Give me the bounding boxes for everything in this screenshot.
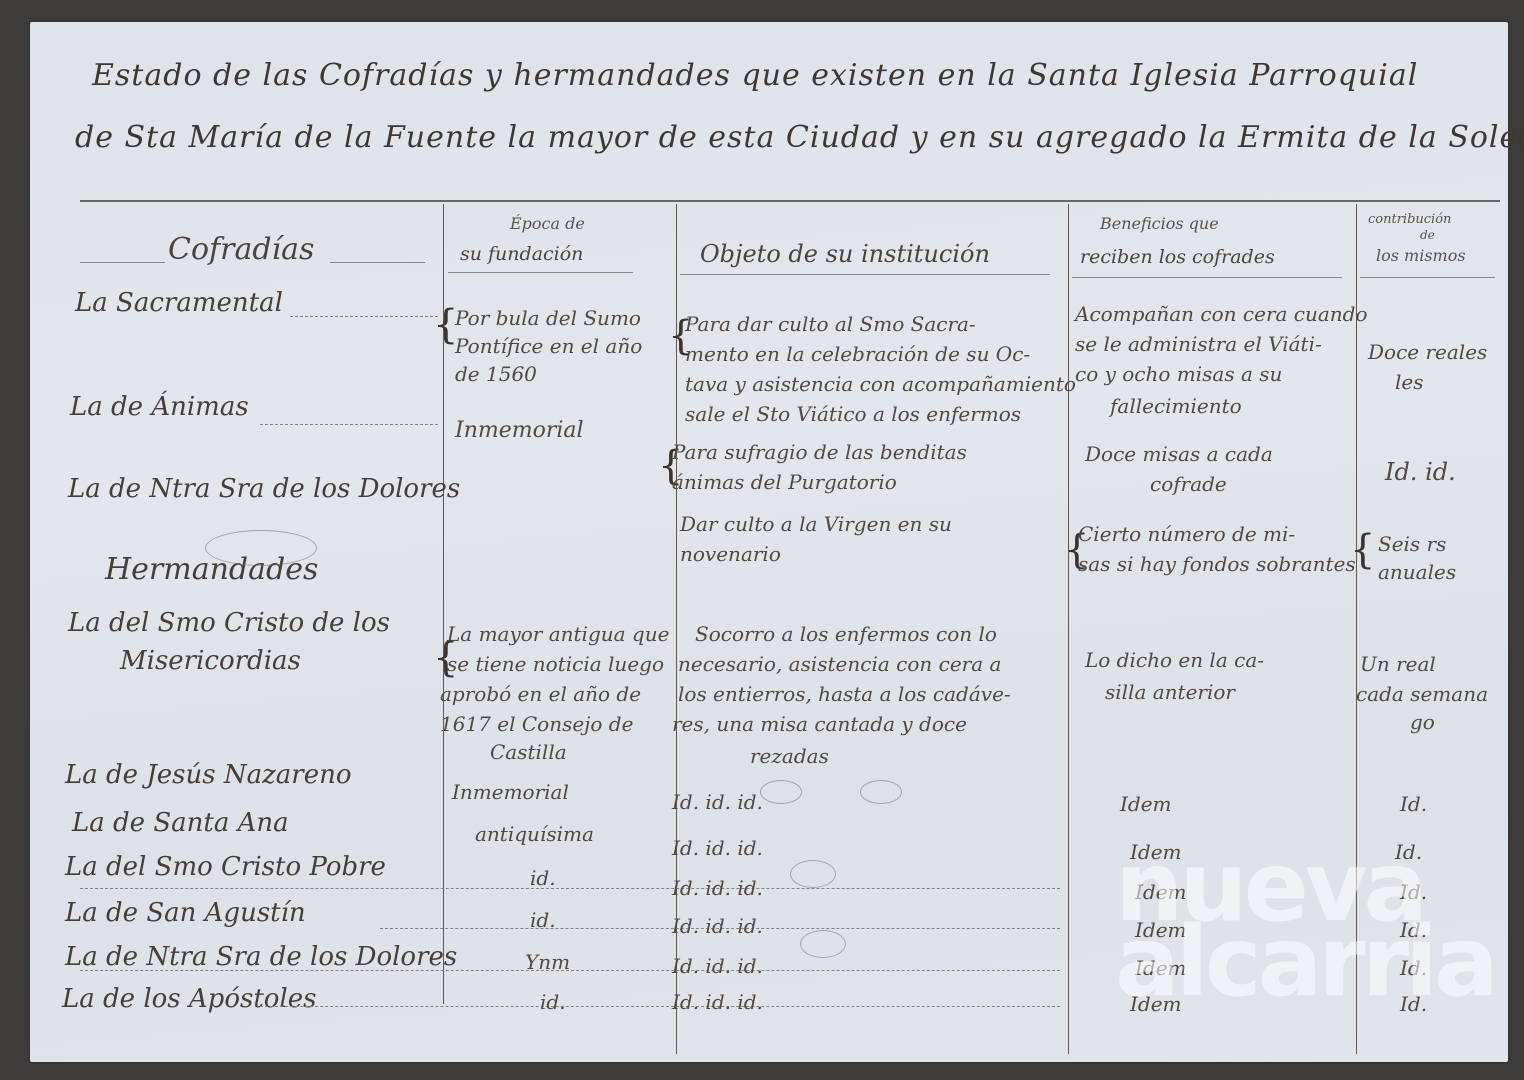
column-header-epoca-line-2: su fundación [460,243,583,265]
benefits-line: sas si hay fondos sobrantes [1078,552,1356,576]
object-value: Id. id. id. [672,836,763,860]
benefits-line: Lo dicho en la ca- [1085,648,1264,672]
cofradia-name: La Sacramental [75,288,283,318]
column-header-beneficios-line-1: Beneficios que [1100,214,1219,233]
column-header-contribucion-line-3: los mismos [1376,246,1466,265]
benefits-line: co y ocho misas a su [1075,362,1282,386]
header-rule-beneficios [1072,277,1342,278]
contribution-line: Id. id. [1385,458,1456,486]
object-line: Dar culto a la Virgen en su [680,512,952,536]
object-line: mento en la celebración de su Oc- [685,342,1030,366]
contribution-line: cada semana [1356,682,1488,706]
leader-dash [260,424,438,426]
object-line: Para sufragio de las benditas [672,440,967,464]
header-underline-right [330,262,425,263]
foundation-value: id. [540,990,566,1014]
foundation-value: id. [530,866,556,890]
object-value: Id. id. id. [672,876,763,900]
column-header-epoca-line-1: Época de [510,214,585,233]
contribution-line: Un real [1360,652,1436,676]
header-rule-epoca [448,272,633,273]
benefits-line: Doce misas a cada [1085,442,1273,466]
contribution-line: anuales [1378,560,1456,584]
object-line: los entierros, hasta a los cadáve- [678,682,1011,706]
watermark-line-2: alcarria [1115,925,1495,1000]
object-line: tava y asistencia con acompañamiento [685,372,1076,396]
benefits-value: Idem [1120,792,1172,816]
document-title-line-2: de Sta María de la Fuente la mayor de es… [75,120,1524,155]
leader-dash [290,316,438,318]
foundation-line: Pontífice en el año [455,334,642,358]
header-rule-objeto [680,274,1050,275]
column-divider-3 [1068,204,1069,1054]
contribution-line: Seis rs [1378,532,1446,556]
flourish-decoration [790,860,836,888]
column-header-contribucion-line-2: de [1420,228,1435,242]
hermandad-name: La de San Agustín [65,898,306,928]
hermandad-name: La de Jesús Nazareno [65,760,352,790]
object-value: Id. id. id. [672,954,763,978]
benefits-line: se le administra el Viáti- [1075,332,1322,356]
object-line: sale el Sto Viático a los enfermos [685,402,1021,426]
object-line: necesario, asistencia con cera a [678,652,1001,676]
foundation-line: de 1560 [455,362,537,386]
foundation-line: Inmemorial [455,418,584,443]
object-line: Para dar culto al Smo Sacra- [685,312,976,336]
cofradia-name: La de Ánimas [70,392,249,422]
object-value: Id. id. id. [672,914,763,938]
foundation-line: 1617 el Consejo de [440,712,633,736]
foundation-value: Ynm [525,950,570,974]
benefits-line: cofrade [1150,472,1227,496]
leader-dash [260,1006,1060,1008]
contribution-line: les [1395,370,1424,394]
brace-mark: { [1350,530,1375,570]
flourish-decoration [205,530,317,566]
document-title-line-1: Estado de las Cofradías y hermandades qu… [92,58,1418,93]
object-line: novenario [680,542,781,566]
hermandad-name-line-1: La del Smo Cristo de los [68,608,390,638]
contribution-value: Id. [1400,792,1427,816]
contribution-line: Doce reales [1368,340,1487,364]
hermandad-name-line-2: Misericordias [120,646,301,676]
leader-dash [80,888,1060,890]
benefits-line: Acompañan con cera cuando [1075,302,1368,326]
benefits-line: fallecimiento [1110,394,1242,418]
watermark-logo: nueva alcarria [1115,850,1495,1000]
column-header-objeto: Objeto de su institución [700,240,990,268]
foundation-line: Castilla [490,740,567,764]
contribution-line: go [1410,710,1435,734]
table-top-rule [80,200,1500,202]
hermandad-name: La de los Apóstoles [62,984,316,1014]
foundation-line: Por bula del Sumo [455,306,641,330]
flourish-decoration [760,780,802,804]
cofradia-name: La de Ntra Sra de los Dolores [68,474,460,504]
column-header-contribucion-line-1: contribución [1368,212,1451,227]
object-line: res, una misa cantada y doce [672,712,967,736]
flourish-decoration [860,780,902,804]
object-line: rezadas [750,744,829,768]
flourish-decoration [800,930,846,958]
foundation-value: Inmemorial [452,780,569,804]
foundation-value: antiquísima [475,822,594,846]
hermandad-name: La del Smo Cristo Pobre [65,852,386,882]
object-line: ánimas del Purgatorio [672,470,897,494]
benefits-line: Cierto número de mi- [1078,522,1295,546]
benefits-line: silla anterior [1105,680,1235,704]
hermandad-name: La de Santa Ana [72,808,289,838]
header-rule-contribucion [1360,277,1495,278]
object-value: Id. id. id. [672,790,763,814]
foundation-line: se tiene noticia luego [447,652,664,676]
foundation-line: La mayor antigua que [447,622,669,646]
header-underline-left [80,262,165,263]
object-line: Socorro a los enfermos con lo [695,622,997,646]
object-value: Id. id. id. [672,990,763,1014]
foundation-value: id. [530,908,556,932]
column-header-beneficios-line-2: reciben los cofrades [1080,246,1275,268]
column-header-cofradias: Cofradías [168,232,314,267]
foundation-line: aprobó en el año de [440,682,641,706]
hermandad-name: La de Ntra Sra de los Dolores [65,942,457,972]
